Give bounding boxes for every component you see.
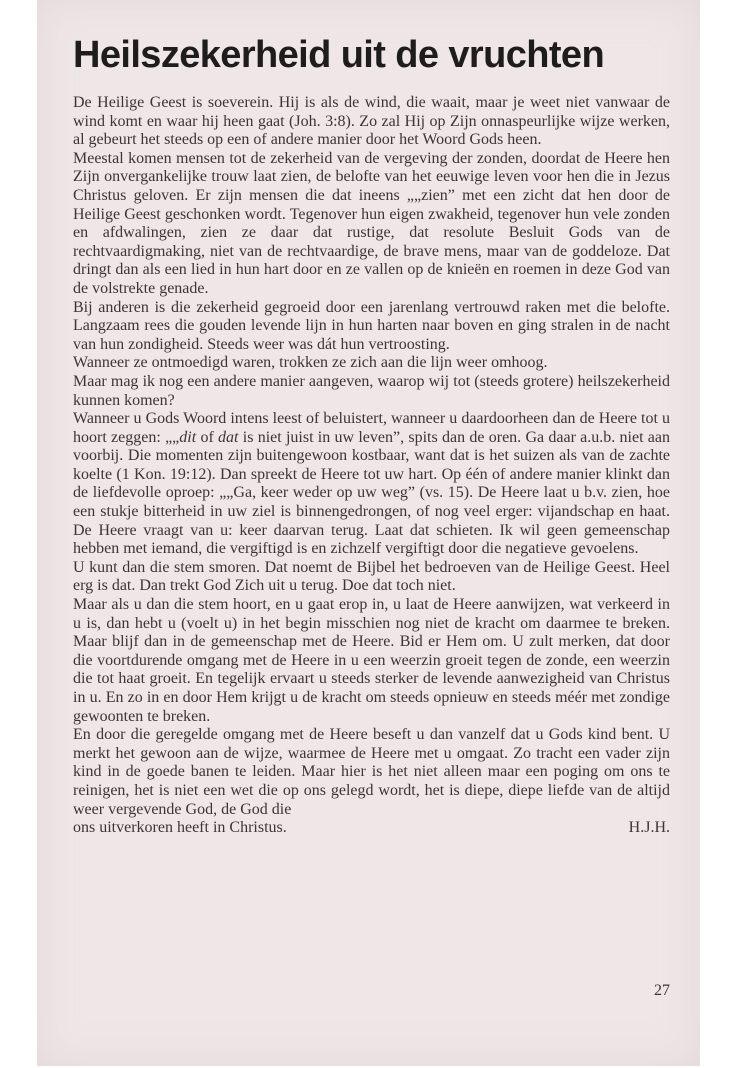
emphasis-dat: dat bbox=[218, 429, 238, 446]
text-run: is niet juist in uw leven”, spits dan de… bbox=[73, 429, 670, 558]
paragraph: U kunt dan die stem smoren. Dat noemt de… bbox=[73, 559, 670, 596]
closing-text: ons uitverkoren heeft in Christus. bbox=[73, 819, 287, 838]
paragraph: Bij anderen is die zekerheid gegroeid do… bbox=[73, 299, 670, 355]
paragraph: Meestal komen mensen tot de zekerheid va… bbox=[73, 150, 670, 299]
author-signature: H.J.H. bbox=[629, 819, 670, 838]
page-number: 27 bbox=[654, 982, 670, 1000]
paragraph: En door die geregelde omgang met de Heer… bbox=[73, 726, 670, 819]
text-run: of bbox=[196, 429, 218, 446]
paragraph: Maar als u dan die stem hoort, en u gaat… bbox=[73, 596, 670, 726]
paragraph: Wanneer ze ontmoedigd waren, trokken ze … bbox=[73, 354, 670, 373]
article-title: Heilszekerheid uit de vruchten bbox=[73, 34, 604, 77]
article-body: De Heilige Geest is soeverein. Hij is al… bbox=[73, 94, 670, 838]
paragraph: De Heilige Geest is soeverein. Hij is al… bbox=[73, 94, 670, 150]
document-page: Heilszekerheid uit de vruchten De Heilig… bbox=[37, 0, 700, 1066]
emphasis-dit: dit bbox=[179, 429, 196, 446]
paragraph-with-emphasis: Wanneer u Gods Woord intens leest of bel… bbox=[73, 410, 670, 559]
closing-line: ons uitverkoren heeft in Christus. H.J.H… bbox=[73, 819, 670, 838]
paragraph: Maar mag ik nog een andere manier aangev… bbox=[73, 373, 670, 410]
